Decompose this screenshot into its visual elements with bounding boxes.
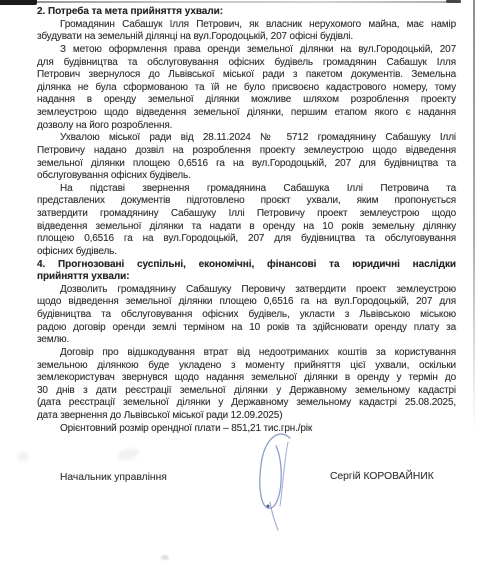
document-line: прийняття ухвали:	[37, 271, 456, 284]
document-line: земельної ділянки площею 0,6516 га на ву…	[37, 158, 456, 171]
document-line: офісних будівель.	[37, 246, 456, 259]
document-line: Договір про відшкодування втрат від недо…	[37, 347, 456, 360]
document-line: землю.	[37, 334, 456, 347]
document-line: затвердити громадянину Сабашуку Іллі Пет…	[37, 208, 456, 221]
document-line: дата звернення до Львівської міської рад…	[37, 410, 456, 423]
scan-smudge	[161, 555, 169, 560]
document-line: Петровичу надано дозвіл на розроблення п…	[37, 145, 456, 158]
document-line: ділянка не була сформованою та їй не бул…	[37, 82, 456, 95]
document-line: представлених документів підготовлено пр…	[37, 195, 456, 208]
document-line: Орієнтовний розмір орендної плати – 851,…	[37, 423, 456, 436]
document-line: (дата реєстрації земельної ділянки у Дер…	[37, 397, 456, 410]
document-line: обслуговування офісних будівель.	[37, 170, 456, 183]
document-line: площею 0,6516 га на вул.Городоцькій, 207…	[37, 233, 456, 246]
scan-artifact-top-left-bar	[0, 0, 37, 5]
document-line: На підставі звернення громадянина Сабашу…	[37, 183, 456, 196]
document-line: 2. Потреба та мета прийняття ухвали:	[37, 6, 456, 19]
document-line: збудувати на земельній ділянці на вул.Го…	[37, 31, 456, 44]
scan-artifact-top-right-mark	[446, 0, 461, 3]
signature-stroke	[248, 430, 298, 535]
scan-smudge	[16, 450, 30, 463]
document-line: Громадянин Сабашук Ілля Петрович, як вла…	[37, 19, 456, 32]
scan-artifact-right-edge-line	[473, 0, 475, 432]
document-line: 30 днів з дати реєстрації земельної діля…	[37, 385, 456, 398]
document-line: землекористувач звернувся щодо надання з…	[37, 372, 456, 385]
document-line: земельною ділянкою буде укладено з момен…	[37, 360, 456, 373]
document-line: землеустрою щодо відведення земельної ді…	[37, 107, 456, 120]
document-line: Дозволить громадянину Сабашуку Перовичу …	[37, 284, 456, 297]
document-line: щодо відведення земельної ділянки площею…	[37, 296, 456, 309]
document-line: 4. Прогнозовані суспільні, економічні, ф…	[37, 259, 456, 272]
document-line: дозволу на його розроблення.	[37, 120, 456, 133]
document-lines: 2. Потреба та мета прийняття ухвали:Гром…	[37, 6, 456, 435]
document-line: З метою оформлення права оренди земельно…	[37, 44, 456, 57]
document-line: Петрович звернулося до Львівської місько…	[37, 69, 456, 82]
document-line: надання в оренду земельної ділянки можли…	[37, 94, 456, 107]
scanned-document-page: 2. Потреба та мета прийняття ухвали:Гром…	[0, 0, 480, 567]
document-line: радою договір оренди землі терміном на 1…	[37, 322, 456, 335]
document-line: Ухвалою міської ради від 28.11.2024 № 57…	[37, 132, 456, 145]
signature-ink-knot	[267, 505, 270, 508]
scan-artifact-top-edge-line	[37, 1, 446, 3]
document-line: для будівництва та обслуговування офісни…	[37, 57, 456, 70]
signoff-role: Начальник управління	[60, 472, 167, 483]
signoff-name: Сергій КОРОВАЙНИК	[330, 471, 434, 482]
document-line: будівництва та обслуговування офісних бу…	[37, 309, 456, 322]
scan-smudge	[116, 446, 140, 462]
document-line: відведення земельної ділянки та надати в…	[37, 221, 456, 234]
